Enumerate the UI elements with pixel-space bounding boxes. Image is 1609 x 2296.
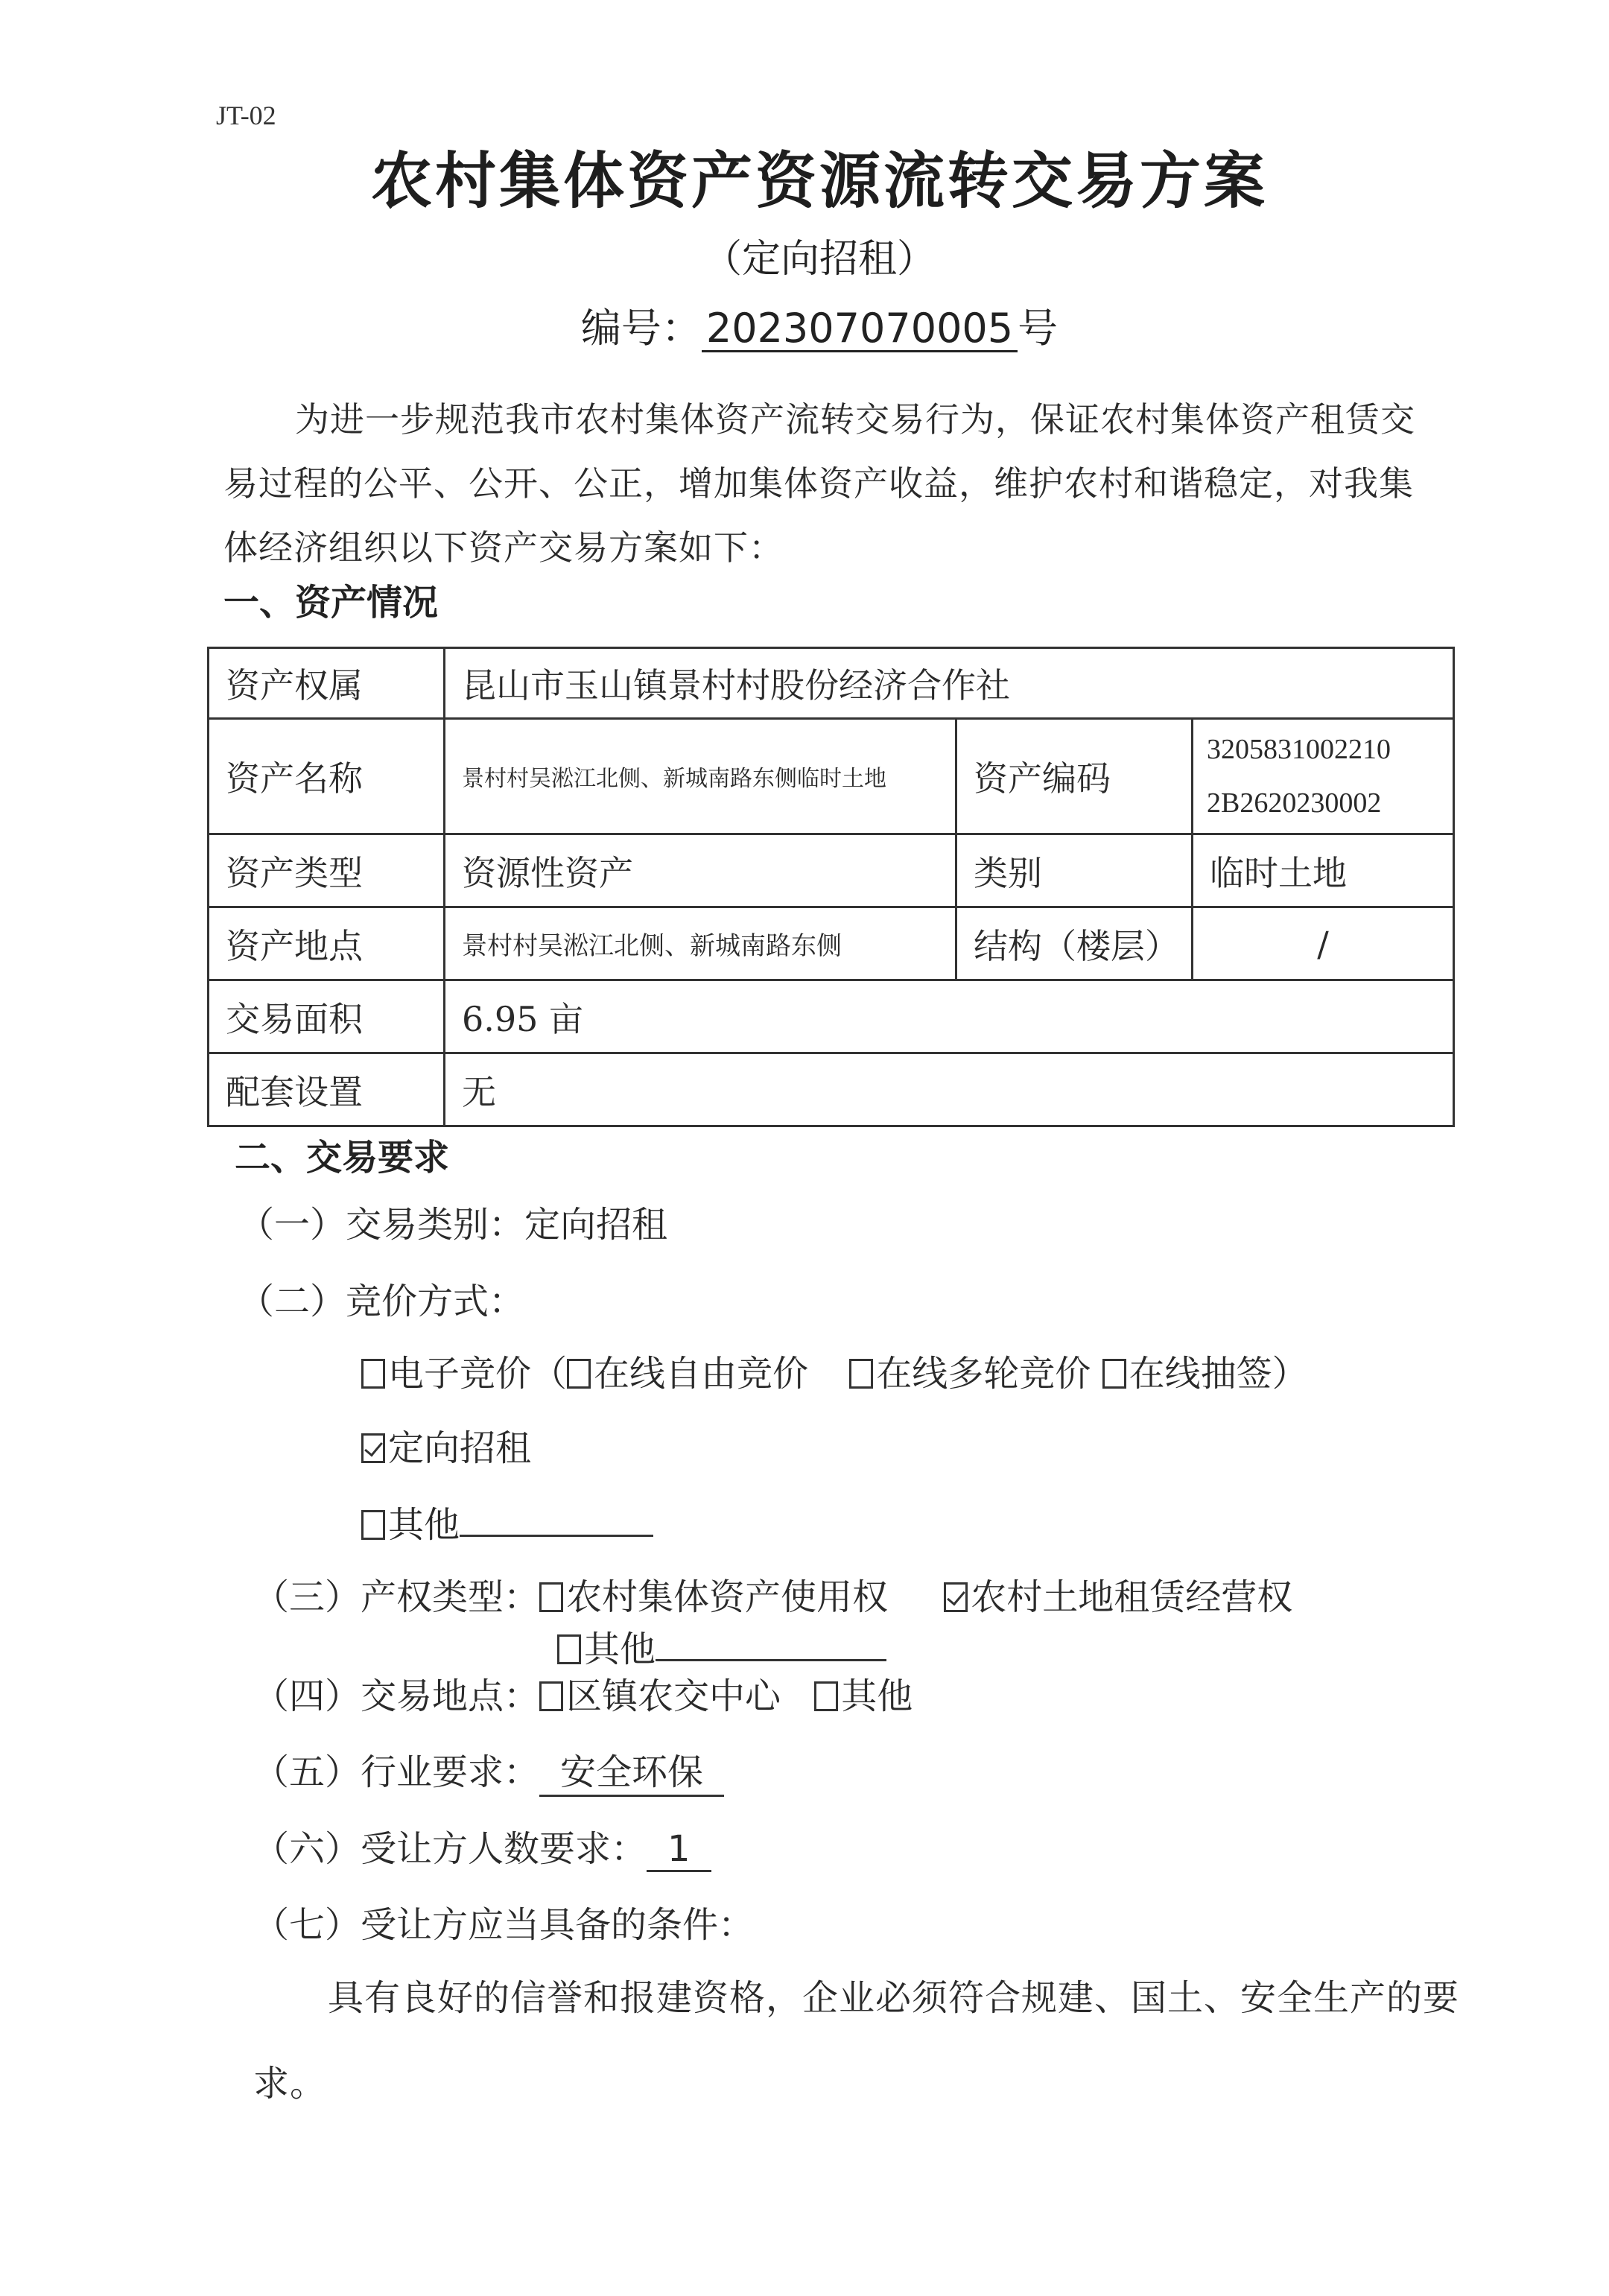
bidding-directed-row: 定向招租 bbox=[361, 1419, 531, 1471]
table-row: 资产地点 景村村吴淞江北侧、新城南路东侧 结构（楼层） / bbox=[209, 907, 1454, 980]
structure-label: 结构（楼层） bbox=[956, 907, 1193, 980]
ownership-value: 昆山市玉山镇景村村股份经济合作社 bbox=[445, 648, 1454, 719]
name-label: 资产名称 bbox=[209, 719, 445, 834]
industry-value: 安全环保 bbox=[539, 1743, 724, 1797]
category-label: 类别 bbox=[956, 834, 1193, 907]
req-industry: （五）行业要求：安全环保 bbox=[253, 1743, 724, 1797]
code-line-1: 3205831002210 bbox=[1207, 723, 1439, 776]
section-heading-requirements: 二、交易要求 bbox=[235, 1129, 449, 1180]
document-code: JT-02 bbox=[216, 100, 276, 131]
table-row: 交易面积 6.95 亩 bbox=[209, 980, 1454, 1053]
location-label: 资产地点 bbox=[209, 907, 445, 980]
asset-table: 资产权属 昆山市玉山镇景村村股份经济合作社 资产名称 景村村吴淞江北侧、新城南路… bbox=[207, 647, 1455, 1127]
online-lottery-label: 在线抽签） bbox=[1129, 1353, 1308, 1395]
property-opt2-checkbox[interactable] bbox=[944, 1582, 968, 1612]
facilities-value: 无 bbox=[445, 1053, 1454, 1126]
directed-checkbox[interactable] bbox=[361, 1433, 385, 1463]
electronic-checkbox[interactable] bbox=[361, 1359, 385, 1389]
online-lottery-checkbox[interactable] bbox=[1102, 1359, 1126, 1389]
code-line-2: 2B2620230002 bbox=[1207, 776, 1439, 830]
location-opt2-label: 其他 bbox=[841, 1675, 913, 1717]
online-multi-checkbox[interactable] bbox=[849, 1359, 873, 1389]
location-req-label: （四）交易地点： bbox=[253, 1675, 539, 1717]
property-other-label: 其他 bbox=[584, 1629, 656, 1670]
transferee-count-value: 1 bbox=[647, 1828, 711, 1872]
property-type-label: （三）产权类型： bbox=[253, 1576, 539, 1618]
structure-value: / bbox=[1193, 907, 1454, 980]
property-other-checkbox[interactable] bbox=[557, 1634, 581, 1664]
serial-label: 编号： bbox=[581, 305, 702, 352]
transferee-count-label: （六）受让方人数要求： bbox=[253, 1828, 647, 1870]
location-opt2-checkbox[interactable] bbox=[814, 1681, 838, 1711]
code-value: 3205831002210 2B2620230002 bbox=[1193, 719, 1454, 834]
section-heading-asset: 一、资产情况 bbox=[223, 574, 438, 625]
online-free-checkbox[interactable] bbox=[567, 1359, 591, 1389]
req-transaction-type-label: （一）交易类别： bbox=[238, 1204, 524, 1246]
intro-paragraph: 为进一步规范我市农村集体资产流转交易行为，保证农村集体资产租赁交易过程的公平、公… bbox=[223, 387, 1430, 580]
document-title: 农村集体资产资源流转交易方案 bbox=[0, 133, 1609, 220]
location-value: 景村村吴淞江北侧、新城南路东侧 bbox=[445, 907, 956, 980]
table-row: 资产类型 资源性资产 类别 临时土地 bbox=[209, 834, 1454, 907]
serial-number: 202307070005 bbox=[702, 306, 1018, 352]
property-other-blank[interactable] bbox=[656, 1659, 886, 1661]
property-opt2-label: 农村土地租赁经营权 bbox=[971, 1576, 1292, 1618]
type-label: 资产类型 bbox=[209, 834, 445, 907]
req-transaction-type: （一）交易类别：定向招租 bbox=[238, 1196, 667, 1247]
bidding-electronic-row: 电子竞价（在线自由竞价 在线多轮竞价 在线抽签） bbox=[361, 1345, 1308, 1396]
property-opt1-checkbox[interactable] bbox=[539, 1582, 563, 1612]
bidding-other-checkbox[interactable] bbox=[361, 1510, 385, 1540]
bidding-other-blank[interactable] bbox=[460, 1535, 653, 1537]
serial-suffix: 号 bbox=[1018, 305, 1058, 352]
req-property-type: （三）产权类型：农村集体资产使用权 农村土地租赁经营权 bbox=[253, 1568, 1292, 1620]
req-transaction-location: （四）交易地点：区镇农交中心 其他 bbox=[253, 1667, 913, 1719]
serial-number-line: 编号：202307070005号 bbox=[0, 296, 1609, 354]
electronic-label: 电子竞价（ bbox=[388, 1353, 567, 1395]
bidding-other-row: 其他 bbox=[361, 1496, 653, 1547]
table-row: 配套设置 无 bbox=[209, 1053, 1454, 1126]
location-opt1-checkbox[interactable] bbox=[539, 1681, 563, 1711]
directed-label: 定向招租 bbox=[388, 1427, 531, 1469]
area-label: 交易面积 bbox=[209, 980, 445, 1053]
ownership-label: 资产权属 bbox=[209, 648, 445, 719]
area-value: 6.95 亩 bbox=[445, 980, 1454, 1053]
req-conditions-label: （七）受让方应当具备的条件： bbox=[253, 1896, 754, 1947]
req-transaction-type-value: 定向招租 bbox=[524, 1204, 667, 1246]
property-opt1-label: 农村集体资产使用权 bbox=[566, 1576, 888, 1618]
bidding-other-label: 其他 bbox=[388, 1504, 460, 1546]
property-other-row: 其他 bbox=[557, 1620, 886, 1672]
document-subtitle: （定向招租） bbox=[0, 227, 1609, 283]
type-value: 资源性资产 bbox=[445, 834, 956, 907]
code-label: 资产编码 bbox=[956, 719, 1193, 834]
category-value: 临时土地 bbox=[1193, 834, 1454, 907]
req-conditions-text: 具有良好的信誉和报建资格，企业必须符合规建、国土、安全生产的要求。 bbox=[253, 1956, 1460, 2127]
industry-label: （五）行业要求： bbox=[253, 1751, 539, 1793]
req-transferee-count: （六）受让方人数要求：1 bbox=[253, 1820, 711, 1872]
online-multi-label: 在线多轮竞价 bbox=[876, 1353, 1091, 1395]
table-row: 资产名称 景村村吴淞江北侧、新城南路东侧临时土地 资产编码 3205831002… bbox=[209, 719, 1454, 834]
online-free-label: 在线自由竞价 bbox=[594, 1353, 808, 1395]
facilities-label: 配套设置 bbox=[209, 1053, 445, 1126]
req-bidding-method-label: （二）竞价方式： bbox=[238, 1272, 524, 1324]
table-row: 资产权属 昆山市玉山镇景村村股份经济合作社 bbox=[209, 648, 1454, 719]
location-opt1-label: 区镇农交中心 bbox=[566, 1675, 781, 1717]
name-value: 景村村吴淞江北侧、新城南路东侧临时土地 bbox=[445, 719, 956, 834]
